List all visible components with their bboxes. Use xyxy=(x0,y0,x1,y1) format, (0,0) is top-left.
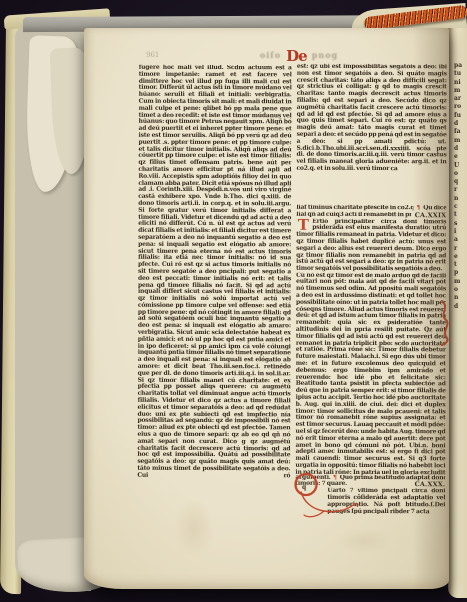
text-column-right: est: qz ubi est impossibilitas segatóis … xyxy=(295,64,447,543)
page-title: De xyxy=(286,47,307,65)
lombard-initial-T: T xyxy=(296,218,310,231)
lombard-initial-Q xyxy=(290,472,374,524)
folio-number-ghost: 961 xyxy=(146,51,159,59)
paragraph: Si forte qratur verú timor initialis dif… xyxy=(138,207,292,377)
paragraph: fugere hoc mali vel illud. Scdm actuum e… xyxy=(138,65,291,208)
paragraph-with-initial: TErtio principaliter circa doni timoris … xyxy=(296,218,446,273)
bleedthrough-text-right: pnog xyxy=(312,50,338,60)
book-page: oiſo De pnog 961 fugere hoc mali vel ill… xyxy=(84,28,449,589)
book-photo: pa tu ni m ar ro fu d fa m d e U o q r n… xyxy=(0,0,467,602)
page-stain xyxy=(174,498,214,558)
facing-page-text-fragments: pa tu ni m ar ro fu d fa m d e U o q r n… xyxy=(454,62,466,312)
page-stain xyxy=(334,528,394,554)
guide-letter-q: q xyxy=(302,484,306,491)
paragraph: est: qz ubi est impossibilitas segatóis … xyxy=(296,64,446,206)
paragraph: Si qz timor filialis manet cú charitate:… xyxy=(137,377,290,479)
bleedthrough-text-left: oiſo xyxy=(260,50,281,60)
paragraph: Ertio principaliter circa doni timoris p… xyxy=(296,218,446,272)
pilcrow-mark: ¶ xyxy=(417,205,421,212)
red-margin-flourish xyxy=(436,300,454,346)
text-column-left: fugere hoc mali vel illud. Scdm actuum e… xyxy=(137,65,292,500)
paragraph: Cú nó est qz timor est de malo arduo qd … xyxy=(295,272,446,475)
